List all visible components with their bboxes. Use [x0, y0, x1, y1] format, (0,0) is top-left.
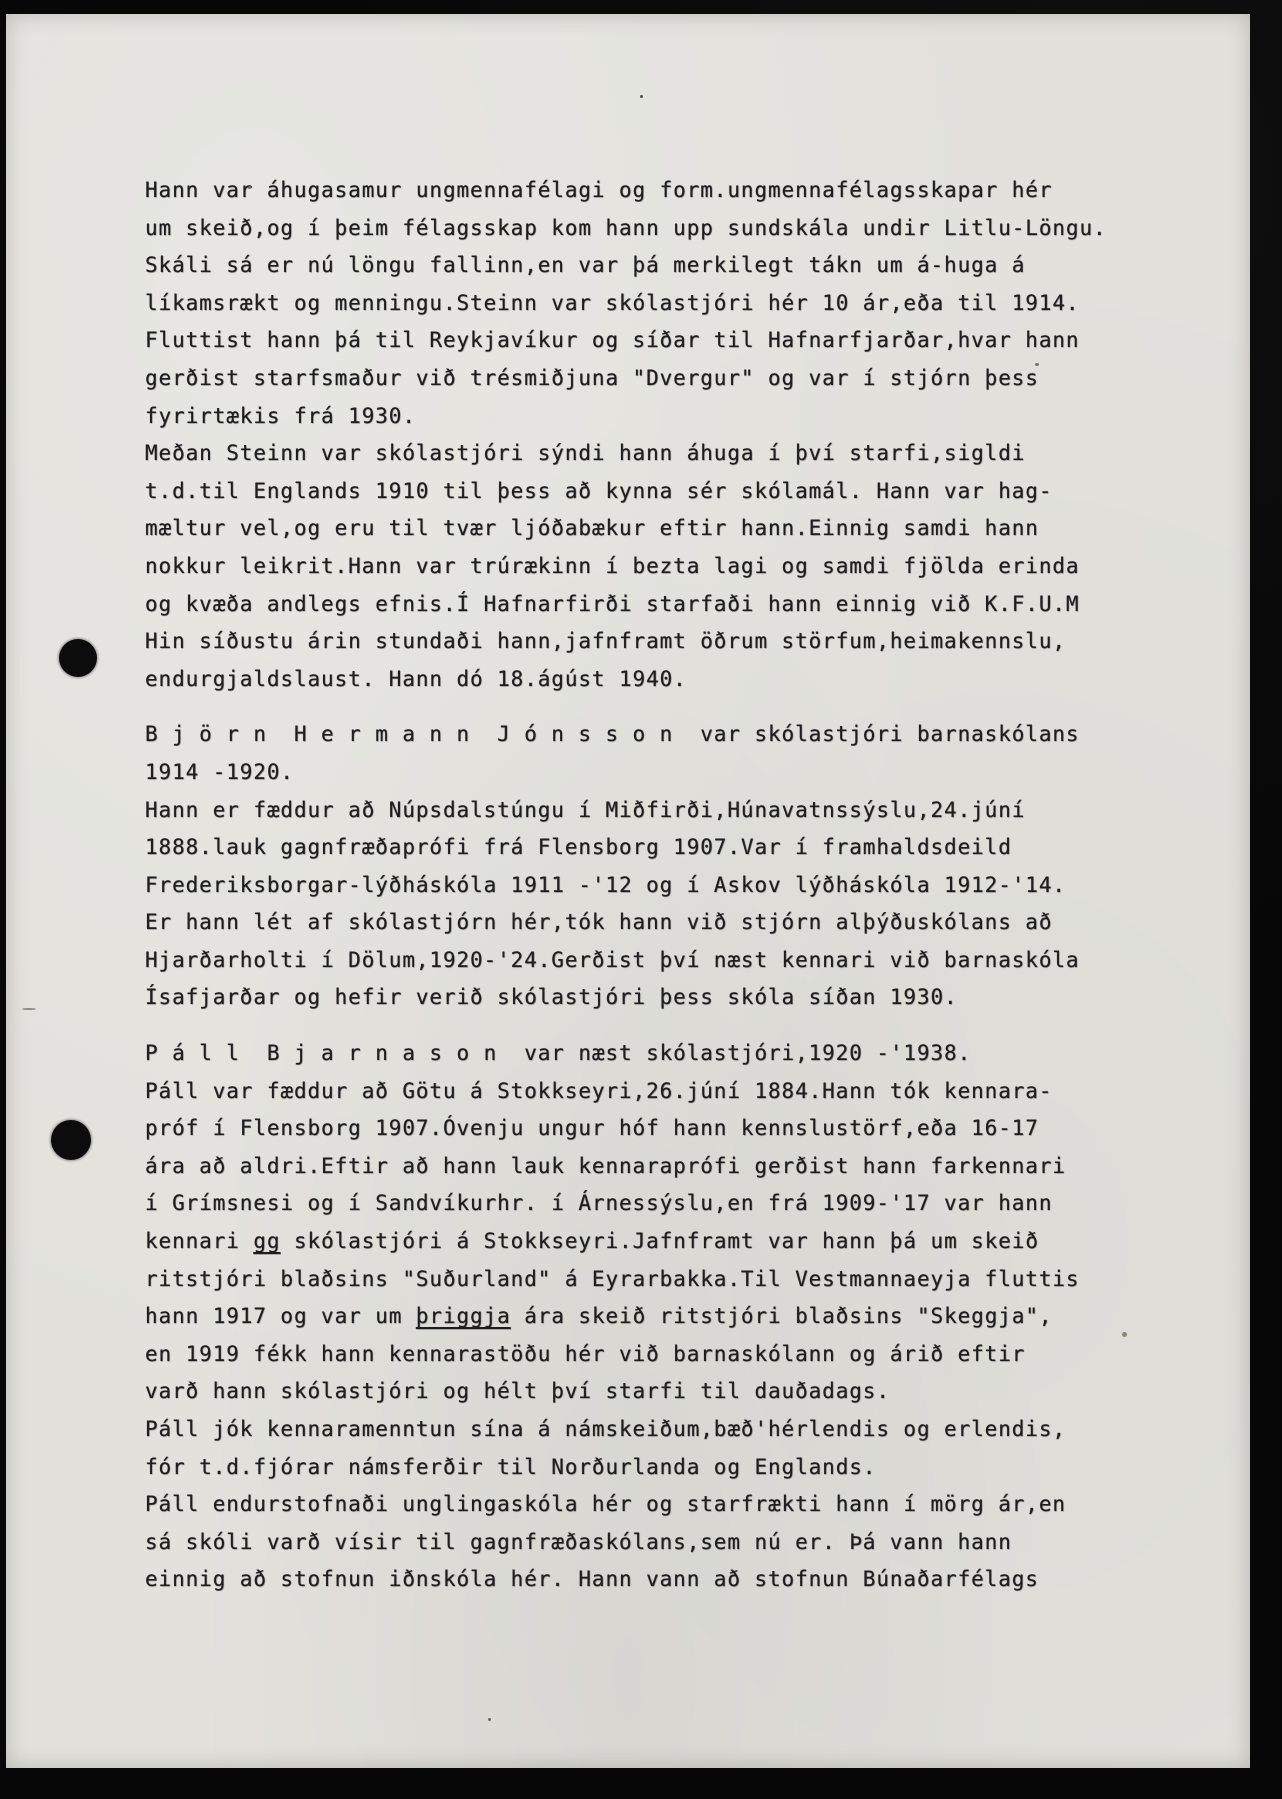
text-line: Hann er fæddur að Núpsdalstúngu í Miðfir…	[145, 792, 1205, 830]
text-line: og kvæða andlegs efnis.Í Hafnarfirði sta…	[145, 586, 1205, 624]
text-line: fyrirtækis frá 1930.	[145, 398, 1205, 436]
scan-speck	[1122, 1332, 1127, 1337]
text-line: endurgjaldslaust. Hann dó 18.ágúst 1940.	[145, 661, 1205, 699]
text-line: Fluttist hann þá til Reykjavíkur og síða…	[145, 322, 1205, 360]
hole-punch	[51, 1120, 91, 1160]
scan-speck	[248, 186, 251, 189]
scanned-document-canvas: Hann var áhugasamur ungmennafélagi og fo…	[0, 0, 1282, 1799]
text-line: í Grímsnesi og í Sandvíkurhr. í Árnessýs…	[145, 1185, 1205, 1223]
scan-speck	[22, 1008, 36, 1010]
text-line: ritstjóri blaðsins "Suðurland" á Eyrarba…	[145, 1261, 1205, 1299]
text-line: sá skóli varð vísir til gagnfræðaskólans…	[145, 1524, 1205, 1562]
text-line: varð hann skólastjóri og hélt því starfi…	[145, 1373, 1205, 1411]
scan-speck	[640, 95, 643, 98]
text-line: Páll jók kennaramenntun sína á námskeiðu…	[145, 1411, 1205, 1449]
text-line: um skeið,og í þeim félagsskap kom hann u…	[145, 210, 1205, 248]
text-line: líkamsrækt og menningu.Steinn var skólas…	[145, 285, 1205, 323]
text-line: einnig að stofnun iðnskóla hér. Hann van…	[145, 1561, 1205, 1599]
paragraph-pall-bjarnason-section: P á l l B j a r n a s o n var næst skóla…	[145, 1035, 1205, 1599]
text-line: Ísafjarðar og hefir verið skólastjóri þe…	[145, 979, 1205, 1017]
scan-speck	[1035, 363, 1039, 366]
text-line: t.d.til Englands 1910 til þess að kynna …	[145, 473, 1205, 511]
text-line: ára að aldri.Eftir að hann lauk kennarap…	[145, 1148, 1205, 1186]
scan-speck	[488, 1718, 491, 1721]
text-line: mæltur vel,og eru til tvær ljóðabækur ef…	[145, 510, 1205, 548]
text-line: B j ö r n H e r m a n n J ó n s s o n va…	[145, 716, 1205, 754]
text-line: 1888.lauk gagnfræðaprófi frá Flensborg 1…	[145, 829, 1205, 867]
text-line: nokkur leikrit.Hann var trúrækinn í bezt…	[145, 548, 1205, 586]
text-line: Páll var fæddur að Götu á Stokkseyri,26.…	[145, 1073, 1205, 1111]
text-line: kennari gg skólastjóri á Stokkseyri.Jafn…	[145, 1223, 1205, 1261]
hole-punch	[59, 639, 97, 677]
text-line: Skáli sá er nú löngu fallinn,en var þá m…	[145, 247, 1205, 285]
text-line: Páll endurstofnaði unglingaskóla hér og …	[145, 1486, 1205, 1524]
text-line: Frederiksborgar-lýðháskóla 1911 -'12 og …	[145, 867, 1205, 905]
text-line: P á l l B j a r n a s o n var næst skóla…	[145, 1035, 1205, 1073]
text-line: Hann var áhugasamur ungmennafélagi og fo…	[145, 172, 1205, 210]
text-line: hann 1917 og var um þriggja ára skeið ri…	[145, 1298, 1205, 1336]
paragraph-bjorn-hermann-jonsson-section: B j ö r n H e r m a n n J ó n s s o n va…	[145, 716, 1205, 1017]
paper-sheet: Hann var áhugasamur ungmennafélagi og fo…	[6, 14, 1250, 1768]
text-line: en 1919 fékk hann kennarastöðu hér við b…	[145, 1336, 1205, 1374]
text-line: fór t.d.fjórar námsferðir til Norðurland…	[145, 1449, 1205, 1487]
paragraph-steinn-section: Hann var áhugasamur ungmennafélagi og fo…	[145, 172, 1205, 698]
text-line: Meðan Steinn var skólastjóri sýndi hann …	[145, 435, 1205, 473]
text-line: próf í Flensborg 1907.Óvenju ungur hóf h…	[145, 1110, 1205, 1148]
text-line: 1914 -1920.	[145, 754, 1205, 792]
text-line: Er hann lét af skólastjórn hér,tók hann …	[145, 904, 1205, 942]
text-block: Hann var áhugasamur ungmennafélagi og fo…	[145, 172, 1205, 1617]
text-line: Hjarðarholti í Dölum,1920-'24.Gerðist þv…	[145, 942, 1205, 980]
text-line: Hin síðustu árin stundaði hann,jafnframt…	[145, 623, 1205, 661]
text-line: gerðist starfsmaður við trésmiðjuna "Dve…	[145, 360, 1205, 398]
